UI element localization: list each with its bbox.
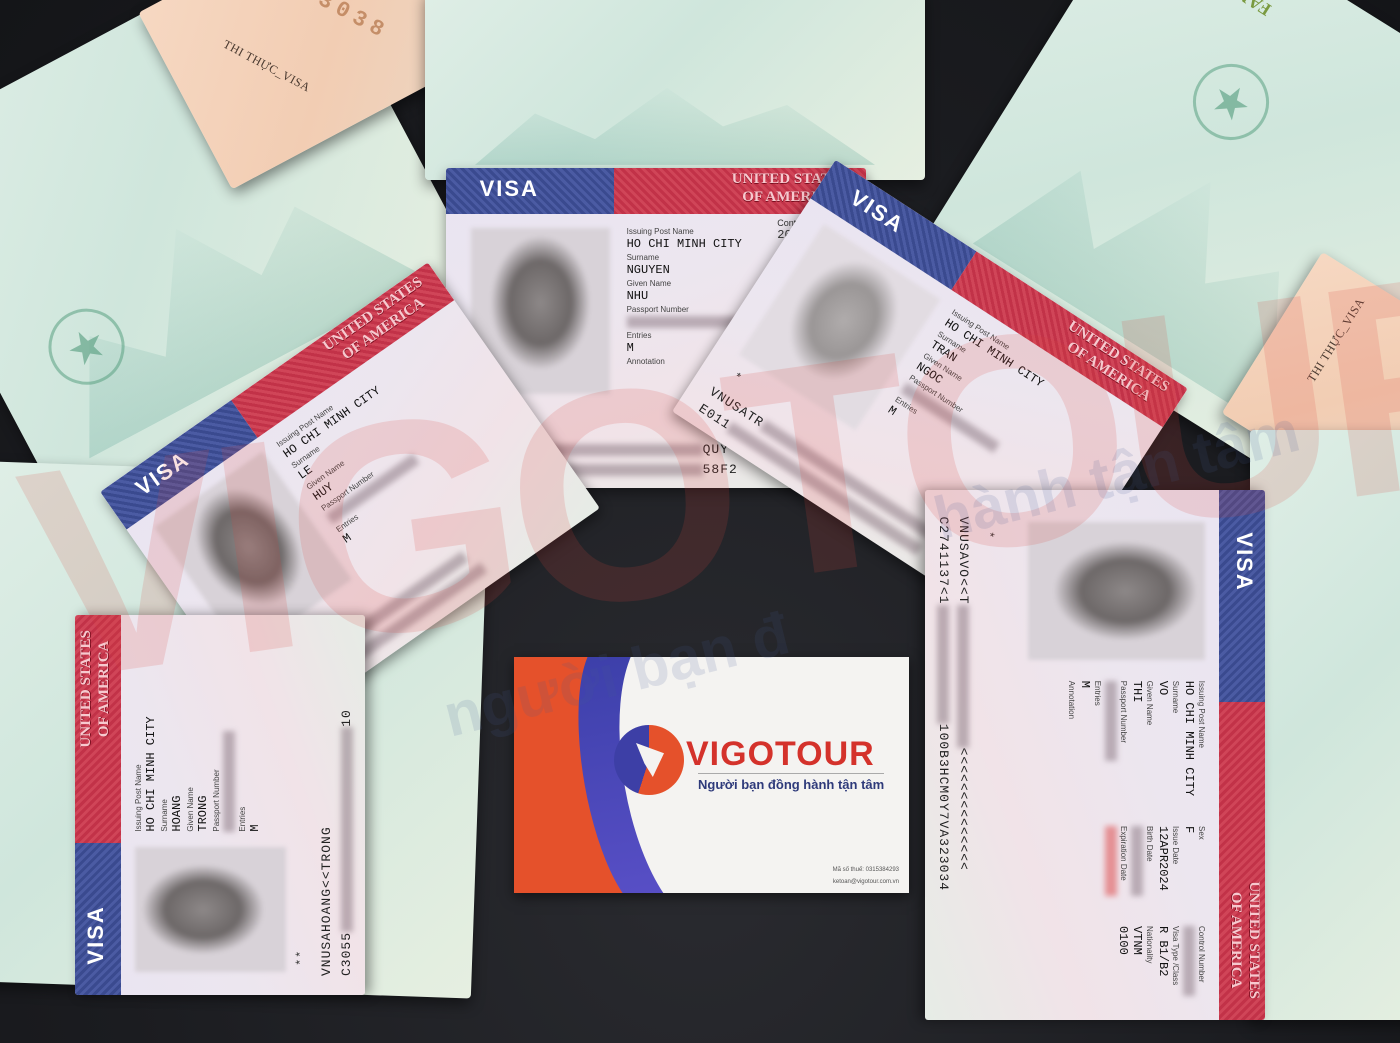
perforated-number: C0313038 <box>246 0 393 46</box>
visa-hoang: VISA UNITED STATES OF AMERICA Issuing Po… <box>75 615 365 995</box>
passport-page-artwork <box>475 79 875 165</box>
hologram-fansipan: FANSIPAN <box>1186 0 1275 20</box>
visa-title: VISA <box>480 176 539 202</box>
photo-scene: ★ THI THỰC_VISA C0313038 ★ FANSIPAN 3143… <box>0 0 1400 1043</box>
card-divider <box>698 773 884 774</box>
visa-page-stamp: THI THỰC_VISA <box>221 37 313 96</box>
passport-page-lower-right <box>1250 430 1400 1020</box>
visa-page-stamp: THI THỰC_VISA <box>1304 295 1368 385</box>
business-card: VIGOTOUR Người bạn đồng hành tận tâm Mã … <box>514 657 909 893</box>
card-tax-id: Mã số thuế: 0315384293 <box>833 867 899 873</box>
passport-page-top-center <box>425 0 925 180</box>
card-tagline: Người bạn đồng hành tận tâm <box>698 777 884 792</box>
visa-vo: VISA UNITED STATES OF AMERICA Issuing Po… <box>925 490 1265 1020</box>
vigotour-logo-icon <box>614 725 684 795</box>
national-emblem-icon: ★ <box>1179 50 1284 155</box>
blurred-portrait <box>135 847 286 972</box>
blurred-portrait <box>1028 522 1205 660</box>
card-brand-name: VIGOTOUR <box>686 735 875 774</box>
card-email: ketoan@vigotour.com.vn <box>833 879 899 885</box>
redacted <box>627 316 738 328</box>
